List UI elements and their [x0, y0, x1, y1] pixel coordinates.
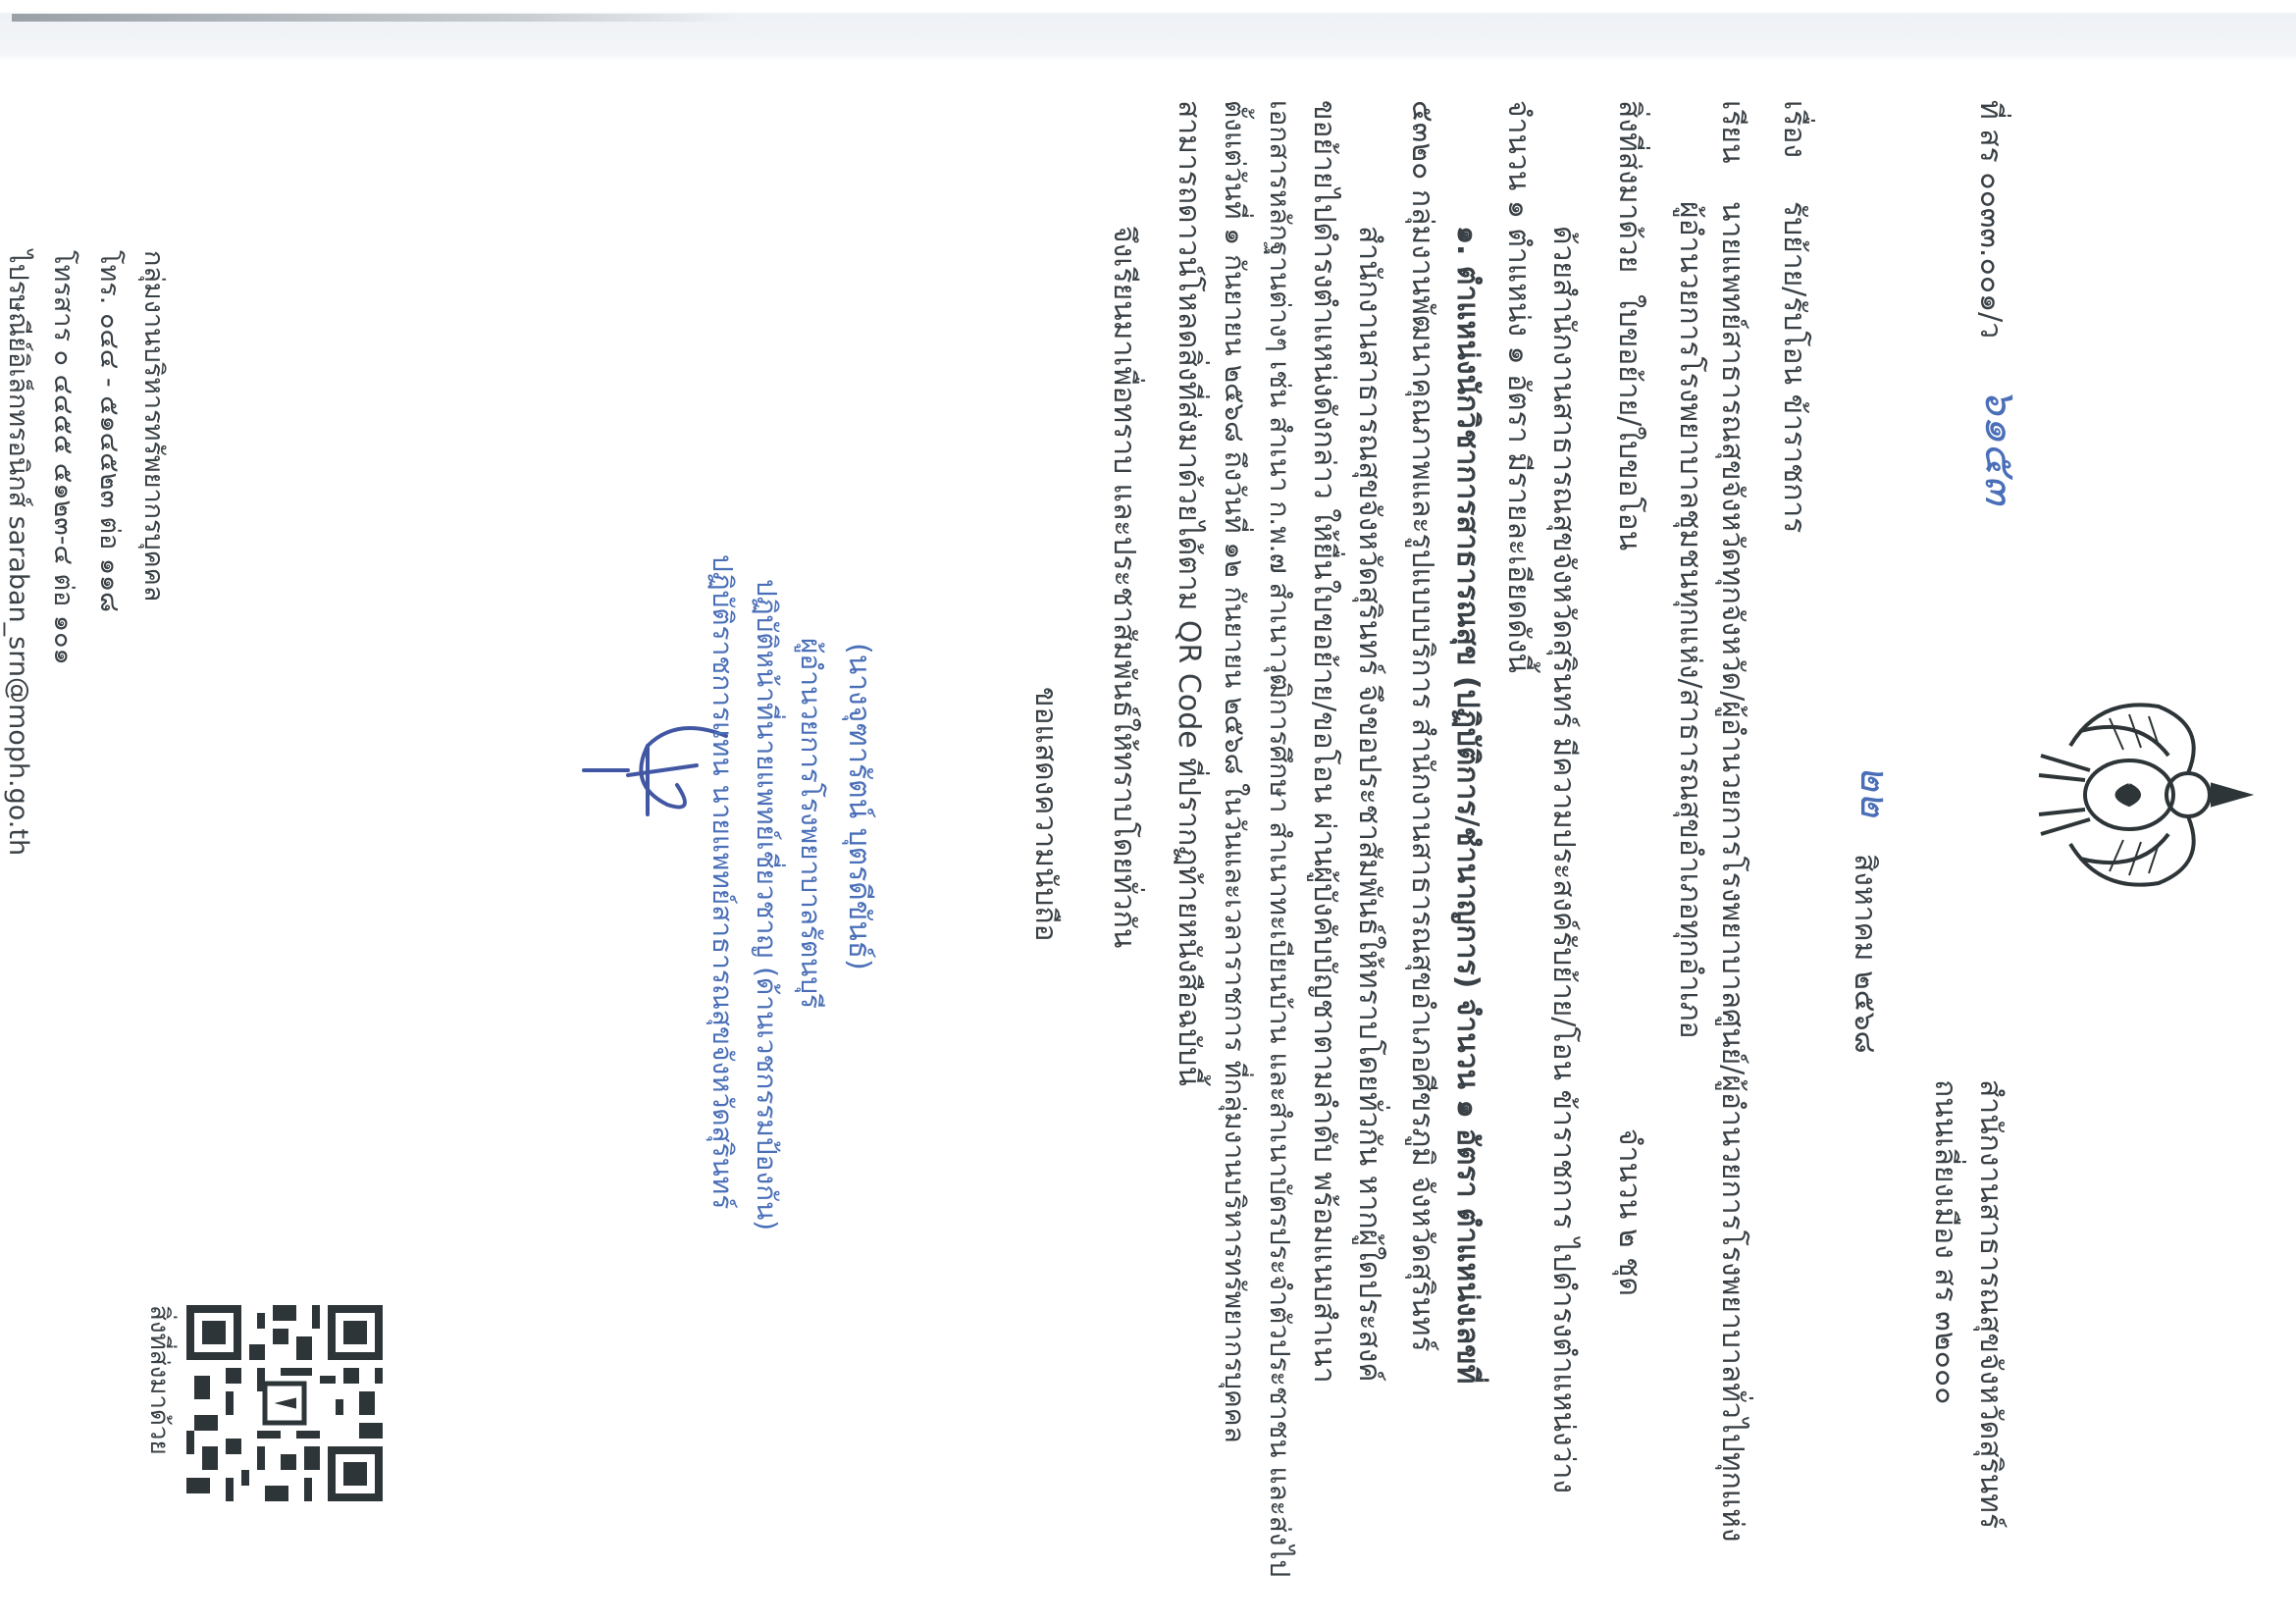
body-paragraph-2-line-5: สามารถดาวน์โหลดสิ่งที่ส่งมาด้วยได้ตาม QR… — [1174, 100, 1203, 1086]
qr-code-label: สิ่งที่ส่งมาด้วย — [146, 1305, 172, 1455]
footer-fax: โทรสาร ๐ ๔๔๕๕ ๕๑๒๓-๔ ต่อ ๑๐๑ — [50, 250, 77, 665]
body-paragraph-1-line-2: จำนวน ๑ ตำแหน่ง ๑ อัตรา มีรายละเอียดดังน… — [1503, 100, 1533, 673]
signer-title-3: ปฏิบัติราชการแทน นายแพทย์สาธารณสุขจังหวั… — [708, 554, 736, 1209]
handwritten-date-day: ๒๒ — [1854, 765, 1894, 817]
rotated-document-page: ที่ สร ๐๐๓๓.๐๐๑/ว ๖๑๕๓ สำนักงานสาธารณสุข… — [0, 0, 2296, 1623]
body-paragraph-2-line-1: สำนักงานสาธารณสุขจังหวัดสุรินทร์ จึงขอปร… — [1354, 226, 1383, 1383]
body-item-1-line-2: ๕๓๒๐ กลุ่มงานพัฒนาคุณภาพและรูปแบบบริการ … — [1407, 100, 1436, 1352]
subject-label: เรื่อง — [1779, 100, 1808, 158]
addressee-label: เรียน — [1717, 100, 1747, 163]
garuda-emblem-icon — [2031, 687, 2267, 903]
office-address: ถนนเลี่ยงเมือง สร ๓๒๐๐๐ — [1930, 1079, 1959, 1404]
enclosure-quantity: จำนวน ๒ ชุด — [1614, 1128, 1644, 1296]
footer-email[interactable]: ไปรษณีย์อิเล็กทรอนิกส์ saraban_srn@moph.… — [5, 250, 31, 856]
footer-phone: โทร. ๐๔๔ - ๕๑๔๕๒๓ ต่อ ๑๑๘ — [96, 250, 123, 612]
qr-code[interactable] — [186, 1305, 383, 1501]
closing-request: จึงเรียนมาเพื่อทราบ และประชาสัมพันธ์ให้ท… — [1109, 226, 1138, 948]
qr-code-icon — [186, 1305, 383, 1501]
addressee-line-1: นายแพทย์สาธารณสุขจังหวัดทุกจังหวัด/ผู้อำ… — [1717, 201, 1747, 1543]
addressee-line-2: ผู้อำนวยการโรงพยาบาลชุมชนทุกแห่ง/สาธารณส… — [1675, 201, 1704, 1039]
closing-salutation: ขอแสดงความนับถือ — [1030, 687, 1060, 942]
office-name: สำนักงานสาธารณสุขจังหวัดสุรินทร์ — [1975, 1079, 2005, 1529]
body-paragraph-2-line-2: ขอย้ายไปดำรงตำแหน่งดังกล่าว ให้ยื่นใบขอย… — [1309, 100, 1338, 1384]
body-paragraph-2-line-3: เอกสารหลักฐานต่างๆ เช่น สำเนา ก.พ.๗ สำเน… — [1266, 100, 1293, 1577]
handwritten-reference: ๖๑๕๓ — [1978, 388, 2021, 504]
enclosure-label: สิ่งที่ส่งมาด้วย — [1614, 100, 1644, 273]
body-item-1: ๑. ตำแหน่งนักวิชาการสาธารณสุข (ปฏิบัติกา… — [1452, 226, 1482, 1384]
body-paragraph-1-line-1: ด้วยสำนักงานสาธารณสุขจังหวัดสุรินทร์ มีค… — [1548, 226, 1578, 1493]
subject-text: รับย้าย/รับโอน ข้าราชการ — [1779, 201, 1808, 533]
signer-title-2: ปฏิบัติหน้าที่นายแพทย์เชี่ยวชาญ (ด้านเวช… — [753, 579, 780, 1230]
signer-title-1: ผู้อำนวยการโรงพยาบาลรัตนบุรี — [797, 638, 824, 1009]
document-date: สิงหาคม ๒๕๖๘ — [1850, 854, 1879, 1054]
footer-department: กลุ่มงานบริหารทรัพยากรบุคคล — [140, 250, 167, 602]
body-paragraph-2-line-4: ตั้งแต่วันที่ ๑ กันยายน ๒๕๖๘ ถึงวันที่ ๑… — [1221, 100, 1248, 1443]
enclosure-text: ใบขอย้าย/ใบขอโอน — [1614, 294, 1644, 550]
reference-number: ที่ สร ๐๐๓๓.๐๐๑/ว — [1975, 100, 2005, 339]
signer-name: (นางจุฑารัตน์ บุตรดีขันธ์) — [844, 643, 873, 970]
